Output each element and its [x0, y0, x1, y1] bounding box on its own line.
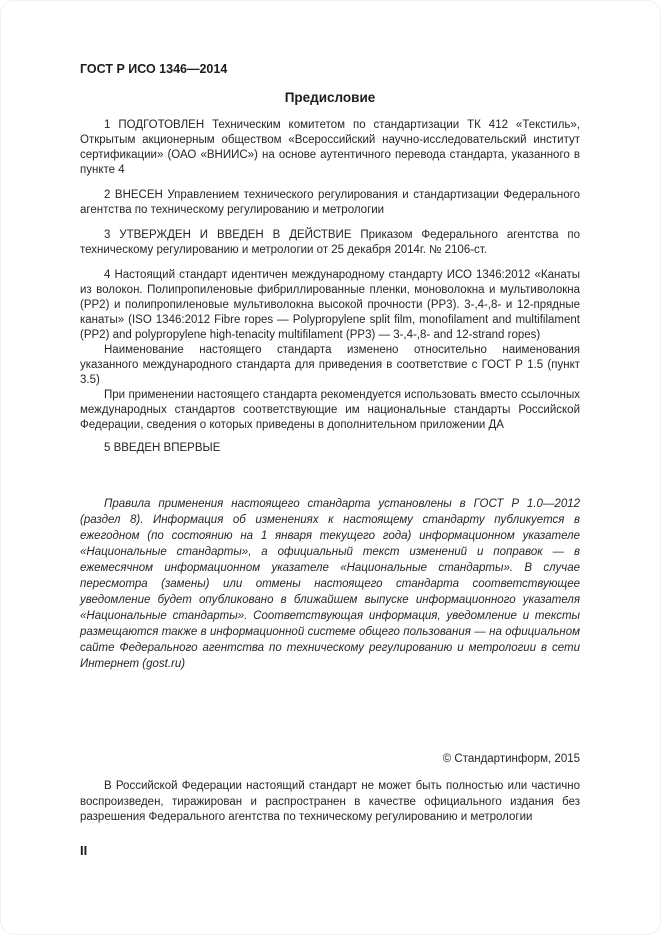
foreword-item-4-note-references: При применении настоящего стандарта реко…: [80, 388, 580, 433]
document-page: ГОСТ Р ИСО 1346—2014 Предисловие 1 ПОДГО…: [0, 0, 661, 935]
foreword-section: ГОСТ Р ИСО 1346—2014 Предисловие 1 ПОДГО…: [80, 62, 580, 672]
page-title: Предисловие: [80, 90, 580, 105]
foreword-item-1: 1 ПОДГОТОВЛЕН Техническим комитетом по с…: [80, 118, 580, 178]
reproduction-restriction: В Российской Федерации настоящий стандар…: [80, 779, 580, 826]
foreword-item-5: 5 ВВЕДЕН ВПЕРВЫЕ: [80, 441, 580, 456]
foreword-item-4-note-rename: Наименование настоящего стандарта измене…: [80, 343, 580, 388]
bottom-block: © Стандартинформ, 2015 В Российской Феде…: [80, 753, 580, 826]
standard-code: ГОСТ Р ИСО 1346—2014: [80, 62, 580, 76]
foreword-item-3: 3 УТВЕРЖДЕН И ВВЕДЕН В ДЕЙСТВИЕ Приказом…: [80, 228, 580, 258]
page-number: II: [80, 843, 87, 858]
foreword-item-4: 4 Настоящий стандарт идентичен междунаро…: [80, 268, 580, 343]
application-rules-note: Правила применения настоящего стандарта …: [80, 496, 580, 672]
copyright-line: © Стандартинформ, 2015: [80, 753, 580, 765]
foreword-item-2: 2 ВНЕСЕН Управлением технического регули…: [80, 188, 580, 218]
